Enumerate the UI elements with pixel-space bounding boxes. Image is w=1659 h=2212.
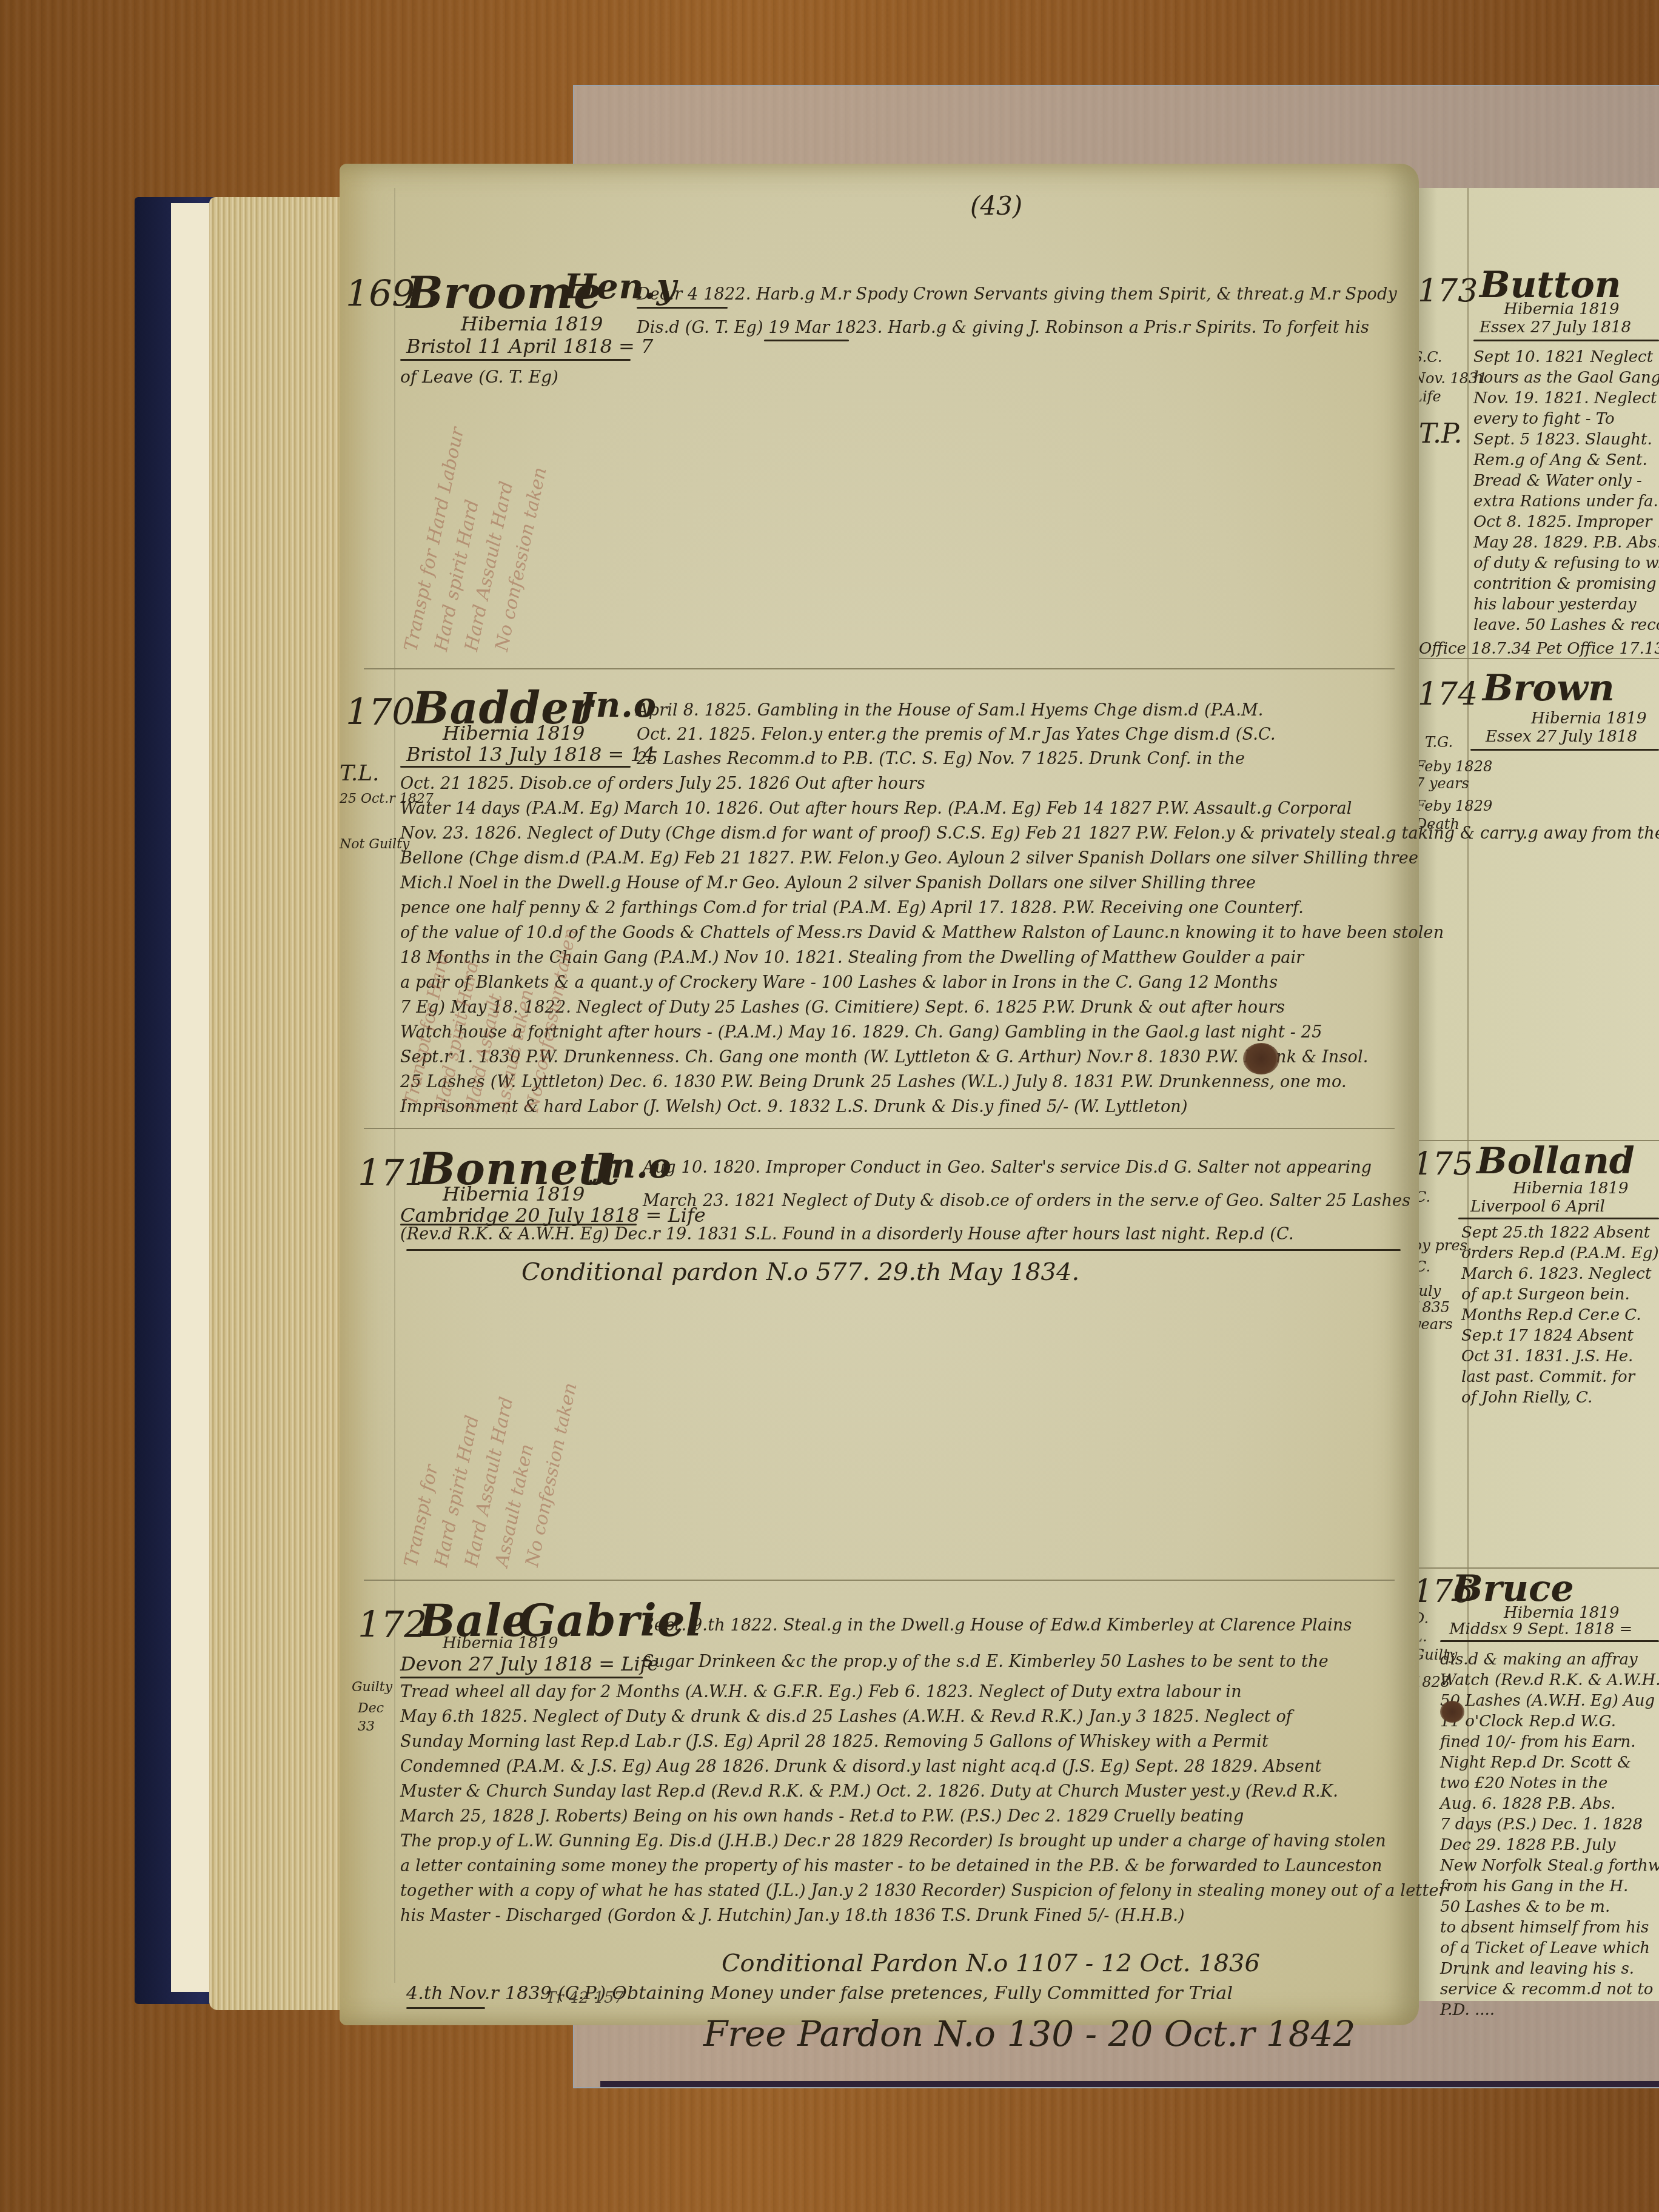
archival-reference: Tr 42 157 bbox=[546, 1989, 624, 2007]
ship-name: Hibernia 1819 bbox=[443, 1634, 558, 1652]
record-line: Imprisonment & hard Labor (J. Welsh) Oct… bbox=[400, 1094, 1659, 1119]
date-underline bbox=[764, 340, 849, 341]
ship-name: Hibernia 1819 bbox=[1504, 1604, 1619, 1622]
record-line: last past. Commit. for bbox=[1461, 1367, 1659, 1387]
record-line: Sept 25.th 1822 Absent bbox=[1461, 1222, 1659, 1243]
record-line: Nov. 19. 1821. Neglect bbox=[1473, 388, 1659, 409]
entry-divider bbox=[1413, 658, 1659, 659]
record-line: of duty & refusing to w. bbox=[1473, 553, 1659, 574]
glass-plate-edge bbox=[600, 2081, 1659, 2087]
record-line: Oct. 21 1825. Disob.ce of orders July 25… bbox=[400, 771, 1659, 796]
record-line: a pair of Blankets & a quant.y of Crocke… bbox=[400, 970, 1659, 995]
record-line: Sept. 5 1823. Slaught. bbox=[1473, 429, 1659, 450]
record-line: March 23. 1821 Neglect of Duty & disob.c… bbox=[643, 1191, 1410, 1210]
record-line: Watch (Rev.d R.K. & A.W.H. bbox=[1440, 1670, 1659, 1691]
record-line: March 6. 1823. Neglect bbox=[1461, 1264, 1659, 1284]
entry-number: 172 bbox=[358, 1604, 427, 1646]
record-line: March 25, 1828 J. Roberts) Being on his … bbox=[400, 1804, 1447, 1829]
conviction-origin: Middsx 9 Sept. 1818 = bbox=[1449, 1620, 1632, 1638]
record-line: service & recomm.d not to bbox=[1440, 1979, 1659, 2000]
conduct-record: April 8. 1825. Gambling in the House of … bbox=[637, 699, 1276, 771]
record-line: of the value of 10.d of the Goods & Chat… bbox=[400, 920, 1659, 945]
record-line: Dec 29. 1828 P.B. July bbox=[1440, 1835, 1659, 1855]
margin-note: T.P. bbox=[1419, 418, 1463, 449]
header-underline bbox=[1440, 1640, 1659, 1642]
record-line: contrition & promising f. bbox=[1473, 574, 1659, 594]
conduct-record: Sept 25.th 1822 Absent orders Rep.d (P.A… bbox=[1461, 1222, 1659, 1408]
record-line: dis.d & making an affray bbox=[1440, 1649, 1659, 1670]
record-line: Aug 10. 1820. Improper Conduct in Geo. S… bbox=[643, 1158, 1372, 1177]
record-line: Sep.t 17 1824 Absent bbox=[1461, 1326, 1659, 1346]
record-line: fined 10/- from his Earn. bbox=[1440, 1732, 1659, 1752]
entry-number: 173 bbox=[1418, 273, 1478, 309]
record-line: Oct 31. 1831. J.S. He. bbox=[1461, 1346, 1659, 1367]
conviction-origin: Bristol 13 July 1818 = 14 bbox=[406, 743, 655, 766]
ship-name: Hibernia 1819 bbox=[443, 722, 585, 745]
margin-note: T.L. bbox=[340, 761, 380, 786]
margin-note: Guilty bbox=[352, 1680, 392, 1695]
ship-name: Hibernia 1819 bbox=[1513, 1179, 1628, 1198]
conviction-origin: Essex 27 July 1818 bbox=[1486, 728, 1637, 746]
record-line: (Rev.d R.K. & A.W.H. Eg) Dec.r 19. 1831 … bbox=[400, 1225, 1294, 1244]
conduct-record: dis.d & making an affray Watch (Rev.d R.… bbox=[1440, 1649, 1659, 2020]
record-line: Oct. 21. 1825. Felon.y enter.g the premi… bbox=[637, 723, 1276, 747]
record-line: Watch house a fortnight after hours - (P… bbox=[400, 1020, 1659, 1045]
conviction-origin: Essex 27 July 1818 bbox=[1480, 318, 1631, 337]
record-line: leave. 50 Lashes & recom. bbox=[1473, 615, 1659, 635]
record-line: Sugar Drinkeen &c the prop.y of the s.d … bbox=[643, 1652, 1329, 1671]
record-line: 11 o'Clock Rep.d W.G. bbox=[1440, 1711, 1659, 1732]
header-underline bbox=[1458, 1218, 1659, 1219]
convict-surname: Bolland bbox=[1476, 1140, 1635, 1182]
record-line: 7 Eg) May 18. 1822. Neglect of Duty 25 L… bbox=[400, 995, 1659, 1020]
margin-note: Not Guilty bbox=[340, 837, 409, 852]
entry-number: 170 bbox=[346, 691, 415, 734]
entry-divider bbox=[364, 1128, 1395, 1129]
free-pardon-note: Free Pardon N.o 130 - 20 Oct.r 1842 bbox=[703, 2013, 1355, 2054]
conviction-origin: Devon 27 July 1818 = Life bbox=[400, 1652, 659, 1675]
ship-name: Hibernia 1819 bbox=[1531, 709, 1646, 728]
record-line: Mich.l Noel in the Dwell.g House of M.r … bbox=[400, 871, 1659, 896]
record-line: Condemned (P.A.M. & J.S. Eg) Aug 28 1826… bbox=[400, 1754, 1447, 1779]
record-line: his Master - Discharged (Gordon & J. Hut… bbox=[400, 1903, 1447, 1928]
header-underline bbox=[1470, 749, 1659, 751]
record-line: two £20 Notes in the bbox=[1440, 1773, 1659, 1794]
record-line: 18 Months in the Chain Gang (P.A.M.) Nov… bbox=[400, 945, 1659, 970]
date-underline bbox=[406, 2007, 485, 2009]
record-line: New Norfolk Steal.g forthwith bbox=[1440, 1855, 1659, 1876]
header-underline bbox=[400, 766, 631, 768]
record-line: hours as the Gaol Gang bbox=[1473, 367, 1659, 388]
conviction-origin: Liverpool 6 April bbox=[1470, 1198, 1605, 1216]
later-record-line: 4.th Nov.r 1839 (C.P.) Obtaining Money u… bbox=[406, 1983, 1233, 2004]
conduct-record-continued: Oct. 21 1825. Disob.ce of orders July 25… bbox=[400, 771, 1659, 1119]
record-line: Sept 10. 1821 Neglect bbox=[1473, 347, 1659, 367]
record-line: from his Gang in the H. bbox=[1440, 1876, 1659, 1897]
ship-name: Hibernia 1819 bbox=[461, 312, 603, 335]
record-line: Night Rep.d Dr. Scott & bbox=[1440, 1752, 1659, 1773]
ship-name: Hibernia 1819 bbox=[443, 1182, 585, 1205]
margin-note: of Leave (G. T. Eg) bbox=[400, 367, 558, 387]
record-line: May 6.th 1825. Neglect of Duty & drunk &… bbox=[400, 1704, 1447, 1729]
record-line: every to fight - To bbox=[1473, 409, 1659, 429]
date-underline bbox=[637, 307, 728, 309]
header-underline bbox=[400, 359, 631, 361]
record-line: of ap.t Surgeon bein. bbox=[1461, 1284, 1659, 1305]
record-line: P.D. .... bbox=[1440, 2000, 1659, 2020]
entry-divider bbox=[364, 668, 1395, 669]
record-line: pence one half penny & 2 farthings Com.d… bbox=[400, 896, 1659, 920]
record-line: April 8. 1825. Gambling in the House of … bbox=[637, 699, 1276, 723]
record-line: Nov. 23. 1826. Neglect of Duty (Chge dis… bbox=[400, 821, 1659, 846]
record-line: Muster & Church Sunday last Rep.d (Rev.d… bbox=[400, 1779, 1447, 1804]
record-line: a letter containing some money the prope… bbox=[400, 1854, 1447, 1879]
record-line: Sunday Morning last Rep.d Lab.r (J.S. Eg… bbox=[400, 1729, 1447, 1754]
record-line: of a Ticket of Leave which bbox=[1440, 1938, 1659, 1959]
entry-number: 174 bbox=[1418, 676, 1478, 712]
ink-stain bbox=[1243, 1043, 1279, 1074]
record-line: 25 Lashes (W. Lyttleton) Dec. 6. 1830 P.… bbox=[400, 1070, 1659, 1094]
record-line: May 28. 1829. P.B. Abs. bbox=[1473, 532, 1659, 553]
record-line: 25 Lashes Recomm.d to P.B. (T.C. S. Eg) … bbox=[637, 747, 1276, 771]
record-line: Dis.d (G. T. Eg) 19 Mar 1823. Harb.g & g… bbox=[637, 318, 1369, 337]
margin-column-rule bbox=[394, 188, 395, 1983]
header-underline bbox=[1473, 340, 1659, 341]
pardon-note: Conditional pardon N.o 577. 29.th May 18… bbox=[521, 1258, 1079, 1286]
record-line: 50 Lashes (A.W.H. Eg) Aug bbox=[1440, 1691, 1659, 1711]
entry-number: 171 bbox=[358, 1152, 427, 1195]
record-line: Dec.r 4 1822. Harb.g M.r Spody Crown Ser… bbox=[637, 285, 1397, 304]
record-line: Sept.r 1. 1830 P.W. Drunkenness. Ch. Gan… bbox=[400, 1045, 1659, 1070]
conditional-pardon-note: Conditional Pardon N.o 1107 - 12 Oct. 18… bbox=[722, 1949, 1260, 1977]
conduct-record: Sept 10. 1821 Neglect hours as the Gaol … bbox=[1473, 347, 1659, 635]
record-line: Rem.g of Ang & Sent. bbox=[1473, 450, 1659, 471]
record-line: Tread wheel all day for 2 Months (A.W.H.… bbox=[400, 1680, 1447, 1704]
record-line: Bread & Water only - bbox=[1473, 471, 1659, 491]
record-line: of John Rielly, C. bbox=[1461, 1387, 1659, 1408]
record-line: Oct 8. 1825. Improper bbox=[1473, 512, 1659, 532]
margin-note: T.G. bbox=[1425, 734, 1453, 751]
margin-note: 33 bbox=[358, 1719, 375, 1734]
footer-note: Office 18.7.34 Pet Office 17.135 P.S. bbox=[1419, 640, 1659, 658]
conduct-record-continued: Tread wheel all day for 2 Months (A.W.H.… bbox=[400, 1680, 1447, 1928]
record-line: 50 Lashes & to be m. bbox=[1440, 1897, 1659, 1917]
record-line: Drunk and leaving his s. bbox=[1440, 1959, 1659, 1979]
entry-number: 169 bbox=[346, 273, 415, 315]
entry-close-rule bbox=[406, 1249, 1401, 1251]
record-line: orders Rep.d (P.A.M. Eg) bbox=[1461, 1243, 1659, 1264]
record-line: Water 14 days (P.A.M. Eg) March 10. 1826… bbox=[400, 796, 1659, 821]
page-number: (43) bbox=[970, 191, 1022, 221]
entry-divider bbox=[364, 1580, 1395, 1581]
record-line: his labour yesterday bbox=[1473, 594, 1659, 615]
record-line: extra Rations under fa. bbox=[1473, 491, 1659, 512]
conviction-origin: Bristol 11 April 1818 = 7 bbox=[406, 335, 653, 358]
record-line: Bellone (Chge dism.d (P.A.M. Eg) Feb 21 … bbox=[400, 846, 1659, 871]
convict-surname: Brown bbox=[1483, 667, 1615, 709]
record-line: Aug. 6. 1828 P.B. Abs. bbox=[1440, 1794, 1659, 1814]
left-page: (43) 169 Broome Hen.y Hibernia 1819 Bris… bbox=[340, 164, 1419, 2025]
header-underline bbox=[400, 1677, 643, 1678]
record-line: Sept. 9.th 1822. Steal.g in the Dwell.g … bbox=[643, 1616, 1352, 1635]
record-line: to absent himself from his bbox=[1440, 1917, 1659, 1938]
margin-note: Dec bbox=[358, 1701, 384, 1716]
ship-name: Hibernia 1819 bbox=[1504, 300, 1619, 318]
record-line: Months Rep.d Cer.e C. bbox=[1461, 1305, 1659, 1326]
record-line: 7 days (P.S.) Dec. 1. 1828 bbox=[1440, 1814, 1659, 1835]
record-line: together with a copy of what he has stat… bbox=[400, 1879, 1447, 1903]
record-line: The prop.y of L.W. Gunning Eg. Dis.d (J.… bbox=[400, 1829, 1447, 1854]
entry-number: 175 bbox=[1413, 1146, 1473, 1182]
